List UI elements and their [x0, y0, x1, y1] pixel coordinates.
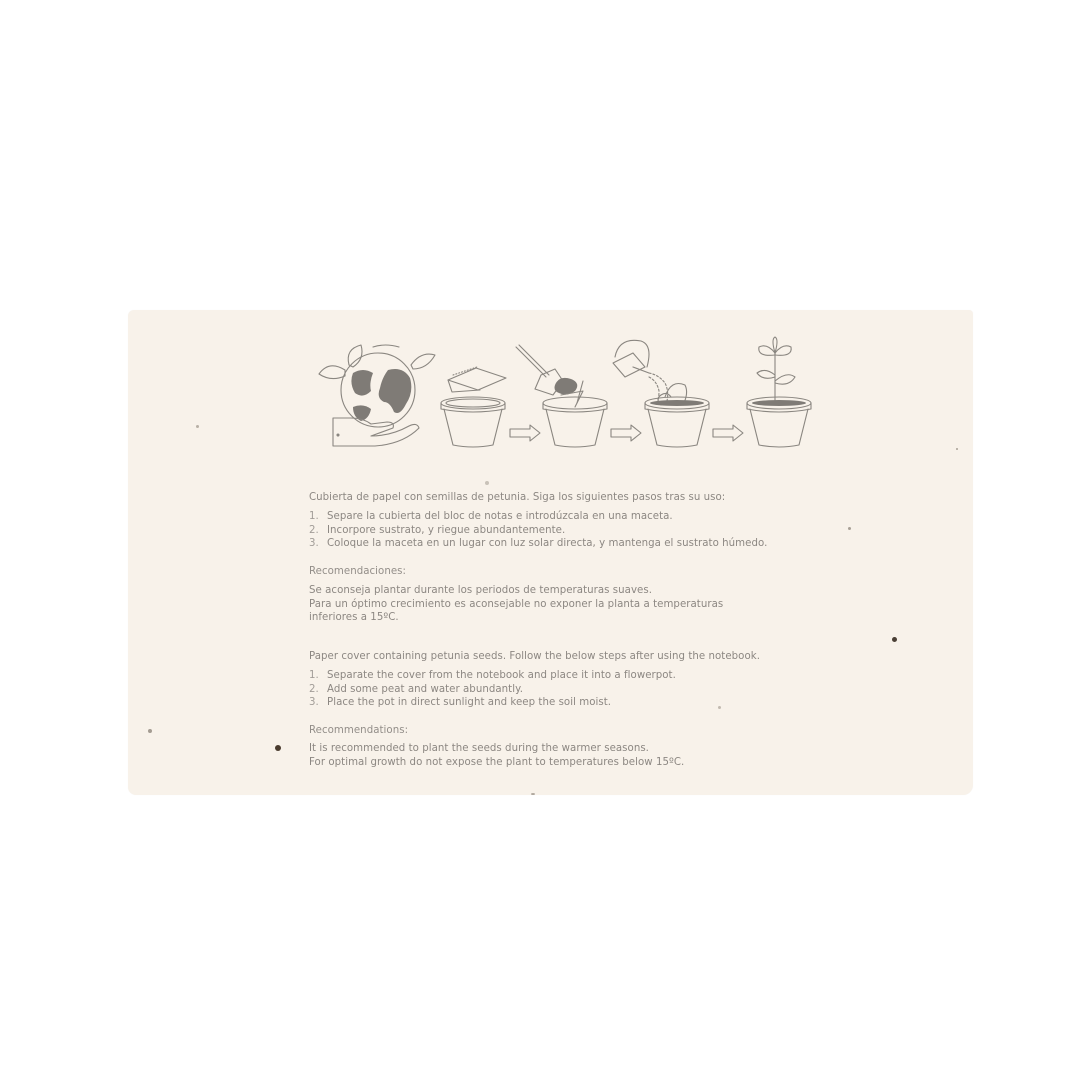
list-item: 1.Separate the cover from the notebook a… [309, 669, 676, 683]
seed-speck [718, 706, 721, 709]
english-steps: 1.Separate the cover from the notebook a… [309, 669, 676, 710]
seed-speck [892, 637, 897, 642]
seed-speck [275, 745, 281, 751]
flower-growing-in-pot-icon [747, 337, 811, 447]
seed-paper-over-pot-icon [441, 367, 506, 447]
english-recommendations-heading: Recommendations: [309, 724, 408, 738]
spanish-intro-text: Cubierta de papel con semillas de petuni… [309, 491, 725, 505]
english-intro-text: Paper cover containing petunia seeds. Fo… [309, 650, 760, 664]
english-intro: Paper cover containing petunia seeds. Fo… [309, 650, 760, 664]
arrow-right-icon [611, 425, 641, 441]
seed-speck [196, 425, 199, 428]
seed-speck [848, 527, 851, 530]
seed-speck [956, 448, 958, 450]
hand-holding-earth-with-leaves-icon [319, 345, 435, 446]
seed-speck [485, 481, 489, 485]
spanish-recommendations: Se aconseja plantar durante los periodos… [309, 584, 723, 625]
list-item: 2.Incorpore sustrato, y riegue abundante… [309, 524, 767, 538]
arrow-right-icon [713, 425, 743, 441]
spanish-intro: Cubierta de papel con semillas de petuni… [309, 491, 725, 505]
spanish-recommendations-heading: Recomendaciones: [309, 565, 406, 579]
list-item: 3.Place the pot in direct sunlight and k… [309, 696, 676, 710]
spanish-steps: 1.Separe la cubierta del bloc de notas e… [309, 510, 767, 551]
arrow-right-icon [510, 425, 540, 441]
planting-steps-illustration [313, 335, 813, 465]
list-item: 2.Add some peat and water abundantly. [309, 683, 676, 697]
seed-speck [531, 793, 535, 795]
trowel-adding-soil-to-pot-icon [516, 345, 607, 447]
watering-can-over-pot-icon [613, 340, 709, 447]
english-recommendations: It is recommended to plant the seeds dur… [309, 742, 684, 769]
list-item: 1.Separe la cubierta del bloc de notas e… [309, 510, 767, 524]
list-item: 3.Coloque la maceta en un lugar con luz … [309, 537, 767, 551]
seed-speck [148, 729, 152, 733]
seed-paper-instruction-card: Cubierta de papel con semillas de petuni… [128, 310, 973, 795]
